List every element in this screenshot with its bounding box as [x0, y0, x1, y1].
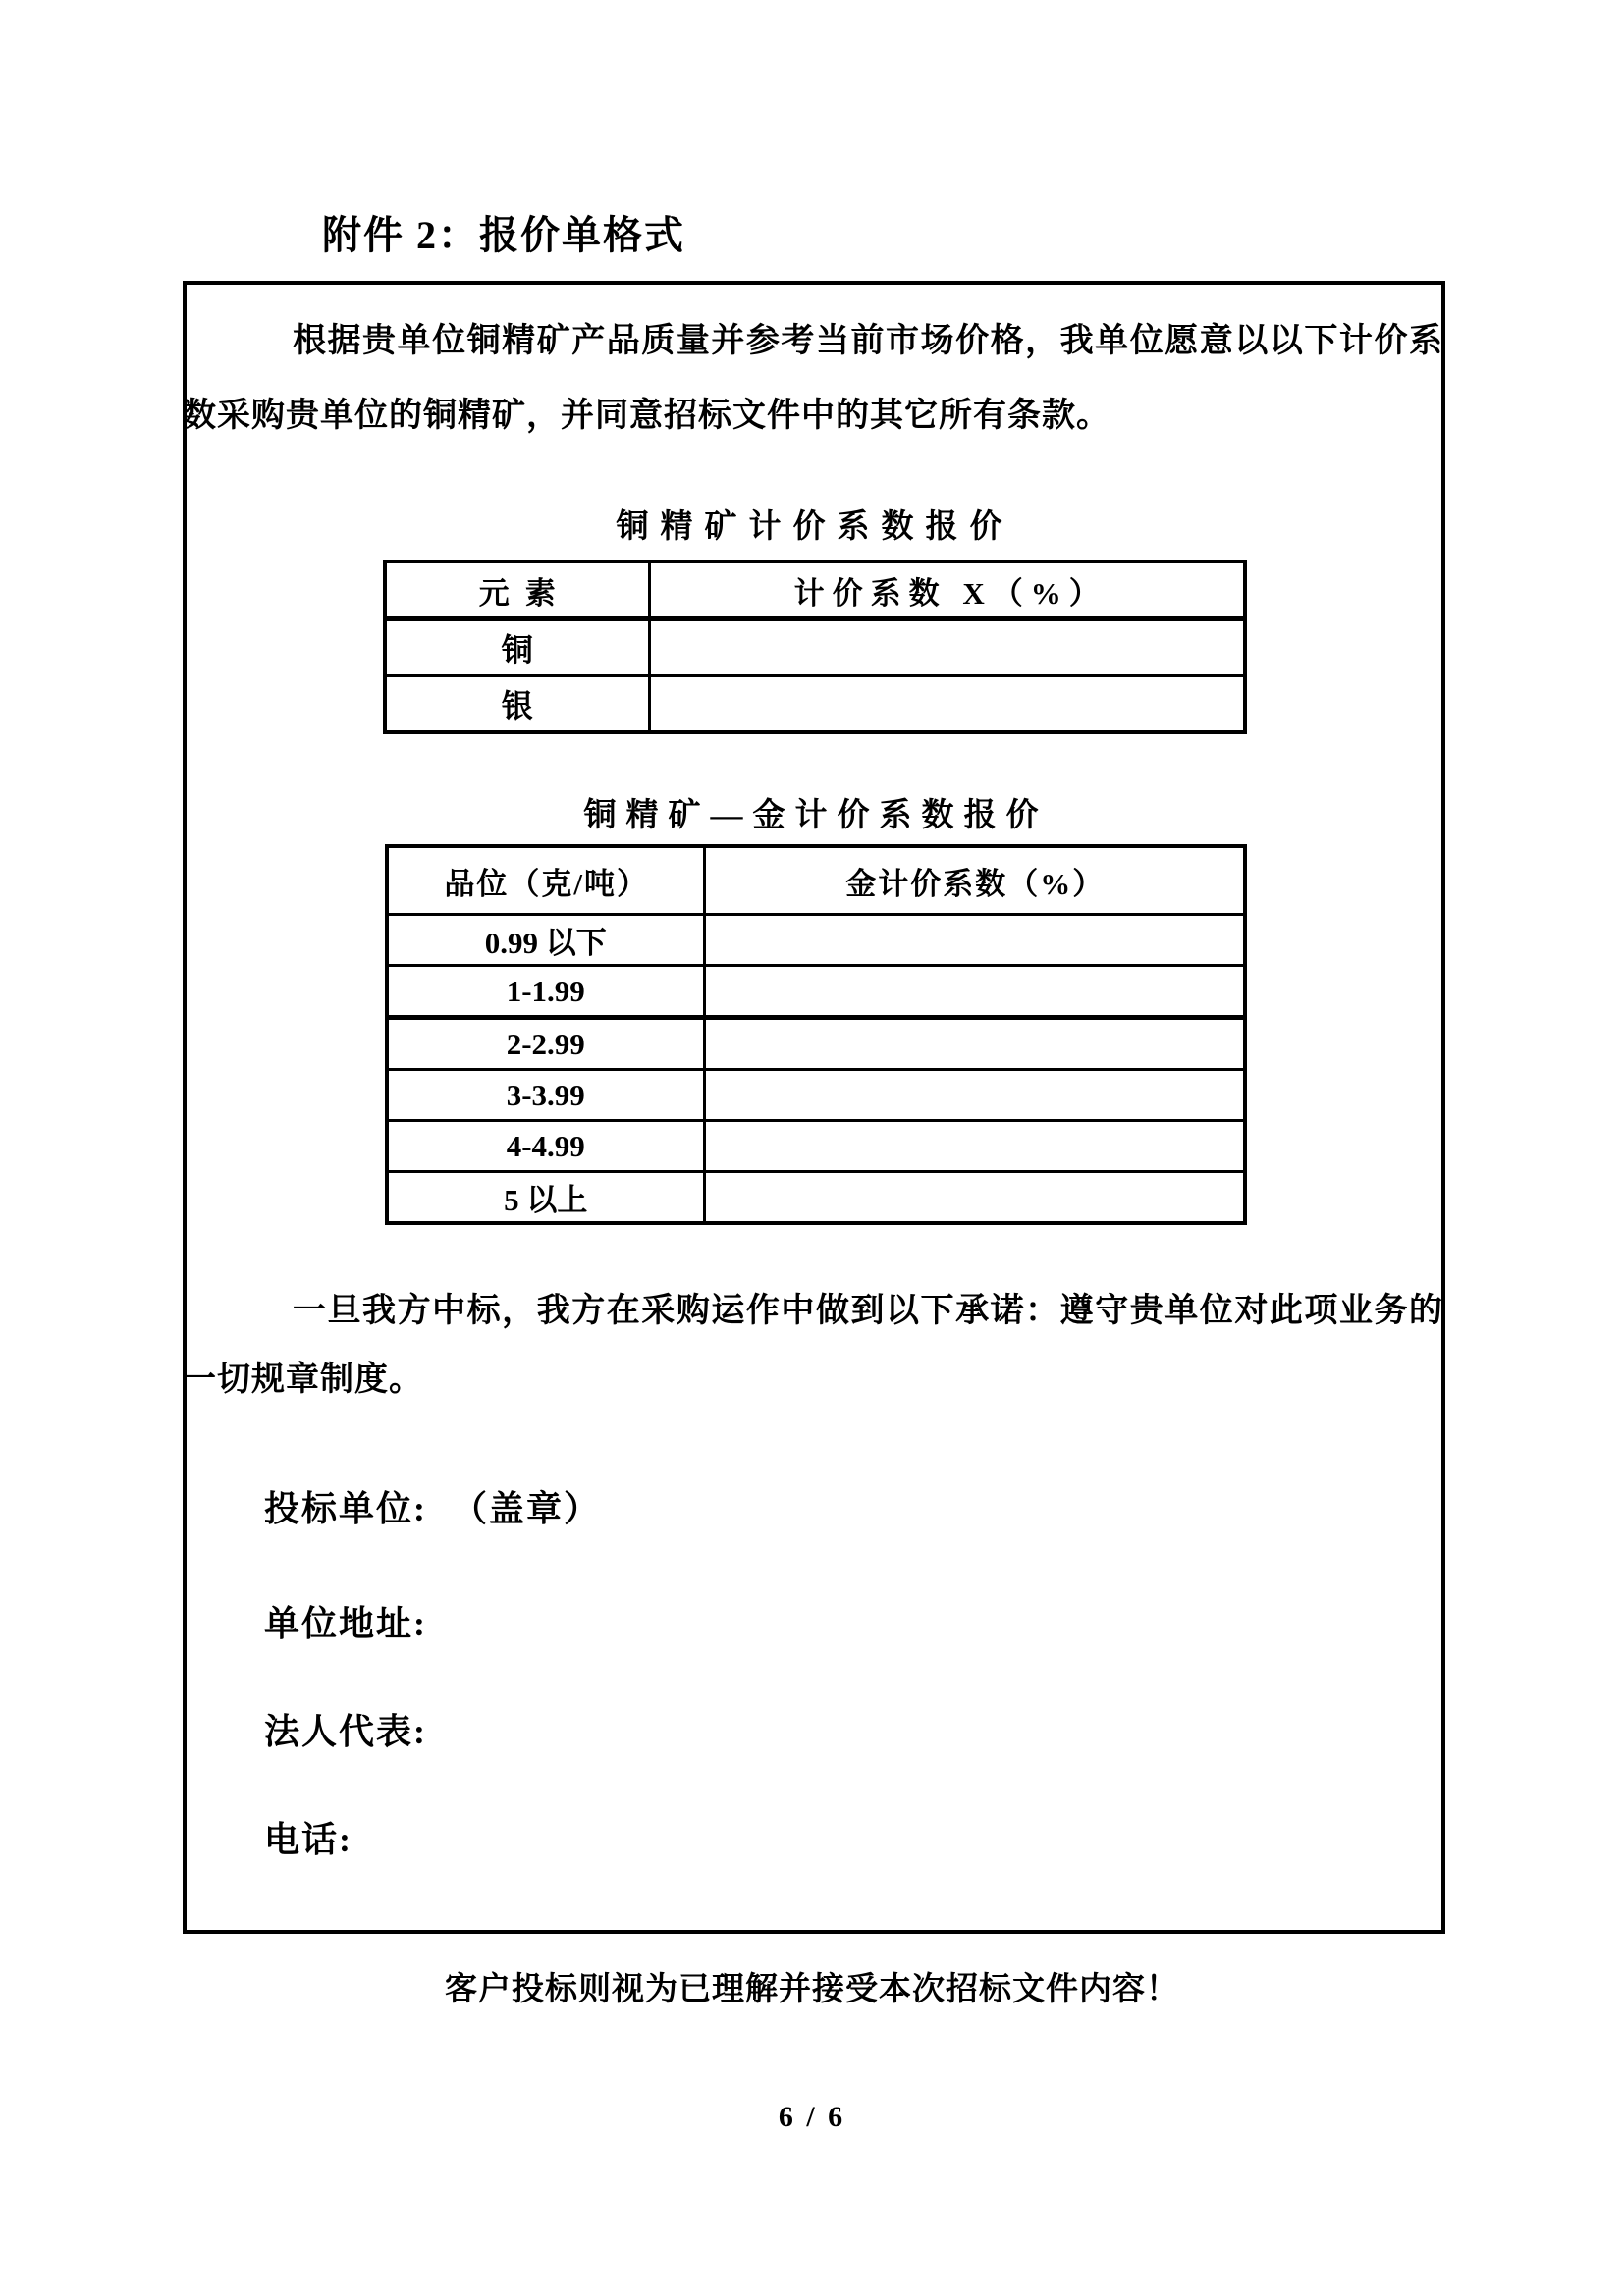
footer-note: 客户投标则视为已理解并接受本次招标文件内容！ [0, 1963, 1624, 2009]
legal-representative-label: 法人代表: [264, 1704, 427, 1754]
coefficient-value-cell [704, 1070, 1245, 1121]
intro-paragraph: 根据贵单位铜精矿产品质量并参考当前市场价格，我单位愿意以以下计价系数采购贵单位的… [183, 304, 1443, 454]
table-row: 铜 [385, 619, 1245, 676]
element-cell: 银 [385, 676, 649, 733]
copper-coefficient-table: 元素 计价系数 X（%） 铜 银 [383, 560, 1247, 734]
table-row: 3-3.99 [387, 1070, 1245, 1121]
grade-cell: 1-1.99 [387, 966, 704, 1018]
document-page: 附件 2：报价单格式 根据贵单位铜精矿产品质量并参考当前市场价格，我单位愿意以以… [0, 0, 1624, 2296]
grade-cell: 3-3.99 [387, 1070, 704, 1121]
coefficient-value-cell [704, 966, 1245, 1018]
coefficient-value-cell [704, 1018, 1245, 1070]
phone-label: 电话: [264, 1812, 352, 1862]
grade-cell: 5 以上 [387, 1172, 704, 1224]
company-address-label: 单位地址: [264, 1596, 427, 1646]
seal-label: （盖章） [452, 1481, 601, 1531]
table-row: 2-2.99 [387, 1018, 1245, 1070]
table-row: 4-4.99 [387, 1121, 1245, 1172]
commitment-paragraph: 一旦我方中标，我方在采购运作中做到以下承诺：遵守贵单位对此项业务的一切规章制度。 [183, 1277, 1443, 1415]
coefficient-column-header: 计价系数 X（%） [649, 561, 1245, 619]
table-row: 0.99 以下 [387, 915, 1245, 966]
table-row: 1-1.99 [387, 966, 1245, 1018]
page-title: 附件 2：报价单格式 [322, 204, 685, 260]
page-number: 6 / 6 [0, 2101, 1624, 2134]
element-cell: 铜 [385, 619, 649, 676]
grade-cell: 0.99 以下 [387, 915, 704, 966]
table-header-row: 品位（克/吨） 金计价系数（%） [387, 846, 1245, 915]
coefficient-value-cell [704, 1172, 1245, 1224]
gold-coefficient-column-header: 金计价系数（%） [704, 846, 1245, 915]
coefficient-value-cell [704, 915, 1245, 966]
gold-coefficient-table: 品位（克/吨） 金计价系数（%） 0.99 以下 1-1.99 2-2.99 3… [385, 844, 1247, 1225]
table-row: 5 以上 [387, 1172, 1245, 1224]
copper-table-title: 铜精矿计价系数报价 [383, 501, 1247, 547]
bidder-name-label: 投标单位: [264, 1489, 427, 1528]
table-row: 银 [385, 676, 1245, 733]
bidder-signature-line: 投标单位: （盖章） [264, 1481, 427, 1531]
coefficient-value-cell [704, 1121, 1245, 1172]
element-column-header: 元素 [385, 561, 649, 619]
quotation-form-box: 根据贵单位铜精矿产品质量并参考当前市场价格，我单位愿意以以下计价系数采购贵单位的… [183, 281, 1445, 1934]
table-header-row: 元素 计价系数 X（%） [385, 561, 1245, 619]
gold-table-title: 铜精矿—金计价系数报价 [385, 789, 1247, 835]
coefficient-value-cell [649, 676, 1245, 733]
grade-cell: 4-4.99 [387, 1121, 704, 1172]
grade-column-header: 品位（克/吨） [387, 846, 704, 915]
coefficient-value-cell [649, 619, 1245, 676]
grade-cell: 2-2.99 [387, 1018, 704, 1070]
